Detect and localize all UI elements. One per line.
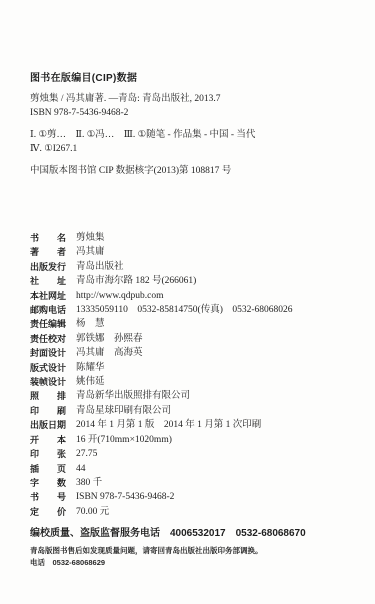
colophon-row: 照排青岛新华出版照排有限公司	[30, 389, 367, 403]
colophon-row-label: 封面设计	[30, 346, 66, 360]
colophon-row-value: 剪烛集	[76, 231, 105, 245]
colophon-row-label: 插页	[30, 462, 66, 476]
copyright-page: 图书在版编目(CIP)数据 剪烛集 / 冯其庸著. —青岛: 青岛出版社, 20…	[0, 0, 375, 604]
colophon-row-value: 陈耀华	[76, 361, 105, 375]
colophon-row-value: 青岛出版社	[76, 260, 124, 274]
colophon-row-label: 出版发行	[30, 260, 66, 274]
colophon-row-value: 姚伟延	[76, 375, 105, 389]
colophon-row: 书名剪烛集	[30, 231, 367, 245]
colophon-row: 装帧设计姚伟延	[30, 375, 367, 389]
cip-classification-line2: Ⅳ. ①I267.1	[30, 143, 355, 157]
colophon-row: 书号ISBN 978-7-5436-9468-2	[30, 490, 367, 504]
colophon-row: 责任校对郭铁娜 孙熙春	[30, 332, 367, 346]
colophon-row-label: 印刷	[30, 404, 66, 418]
colophon-row-label: 著者	[30, 245, 66, 259]
colophon-row-value: 16 开(710mm×1020mm)	[76, 433, 172, 447]
colophon-row: 本社网址http://www.qdpub.com	[30, 289, 367, 303]
colophon-row: 出版发行青岛出版社	[30, 260, 367, 274]
cip-isbn: ISBN 978-7-5436-9468-2	[30, 106, 355, 120]
colophon-row-label: 装帧设计	[30, 375, 66, 389]
colophon-row-value: 青岛星球印刷有限公司	[76, 404, 171, 418]
colophon-row: 版式设计陈耀华	[30, 361, 367, 375]
colophon-row-label: 开本	[30, 433, 66, 447]
return-notice: 青岛版图书售后如发现质量问题，请寄回青岛出版社出版印务部调换。	[30, 545, 367, 557]
colophon-row-value: 380 千	[76, 476, 102, 490]
colophon-row: 著者冯其庸	[30, 245, 367, 259]
cip-heading: 图书在版编目(CIP)数据	[30, 72, 355, 86]
colophon-row-value: 青岛新华出版照排有限公司	[76, 389, 190, 403]
colophon-row-label: 照排	[30, 389, 66, 403]
colophon-row: 字数380 千	[30, 476, 367, 490]
colophon-row: 开本16 开(710mm×1020mm)	[30, 433, 367, 447]
cip-classification-line1: Ⅰ. ①剪… Ⅱ. ①冯… Ⅲ. ①随笔 - 作品集 - 中国 - 当代	[30, 129, 355, 143]
colophon-row-label: 本社网址	[30, 289, 66, 303]
colophon-row: 封面设计冯其庸 高海英	[30, 346, 367, 360]
colophon-row-value: http://www.qdpub.com	[76, 289, 164, 303]
colophon-row-label: 定价	[30, 505, 66, 519]
cip-description: 剪烛集 / 冯其庸著. —青岛: 青岛出版社, 2013.7	[30, 92, 355, 106]
colophon-table: 书名剪烛集 著者冯其庸 出版发行青岛出版社 社址青岛市海尔路 182 号(266…	[30, 231, 367, 519]
colophon-row-label: 社址	[30, 274, 66, 288]
colophon-row-label: 出版日期	[30, 418, 66, 432]
colophon-row-value: 杨 慧	[76, 317, 105, 331]
colophon-row-value: 冯其庸 高海英	[76, 346, 143, 360]
colophon-row: 印刷青岛星球印刷有限公司	[30, 404, 367, 418]
colophon-row-value: 70.00 元	[76, 505, 109, 519]
colophon-row-value: 冯其庸	[76, 245, 105, 259]
colophon-row-value: 44	[76, 462, 86, 476]
colophon-row: 定价70.00 元	[30, 505, 367, 519]
colophon-row: 出版日期2014 年 1 月第 1 版 2014 年 1 月第 1 次印刷	[30, 418, 367, 432]
colophon-row-label: 邮购电话	[30, 303, 66, 317]
colophon-row-label: 版式设计	[30, 361, 66, 375]
cip-record-number: 中国版本图书馆 CIP 数据核字(2013)第 108817 号	[30, 164, 355, 178]
colophon-row-value: 郭铁娜 孙熙春	[76, 332, 143, 346]
cip-classification: Ⅰ. ①剪… Ⅱ. ①冯… Ⅲ. ①随笔 - 作品集 - 中国 - 当代 Ⅳ. …	[30, 129, 355, 156]
colophon-row-label: 书名	[30, 231, 66, 245]
colophon-row-label: 书号	[30, 490, 66, 504]
colophon-row-value: 2014 年 1 月第 1 版 2014 年 1 月第 1 次印刷	[76, 418, 261, 432]
colophon-row-label: 字数	[30, 476, 66, 490]
colophon-row: 插页44	[30, 462, 367, 476]
colophon-row: 社址青岛市海尔路 182 号(266061)	[30, 274, 367, 288]
colophon-row-value: 13335059110 0532-85814750(传真) 0532-68068…	[76, 303, 293, 317]
colophon-row-label: 印张	[30, 447, 66, 461]
colophon-row-label: 责任校对	[30, 332, 66, 346]
colophon-row: 责任编辑杨 慧	[30, 317, 367, 331]
colophon-row-value: 青岛市海尔路 182 号(266061)	[76, 274, 196, 288]
colophon-row-value: ISBN 978-7-5436-9468-2	[76, 490, 174, 504]
colophon-row: 印张27.75	[30, 447, 367, 461]
return-phone: 电话 0532-68068629	[30, 557, 367, 569]
page-footer: 编校质量、盗版监督服务电话 4006532017 0532-68068670 青…	[30, 527, 367, 568]
quality-hotline: 编校质量、盗版监督服务电话 4006532017 0532-68068670	[30, 527, 367, 541]
colophon-row-label: 责任编辑	[30, 317, 66, 331]
cip-block: 图书在版编目(CIP)数据 剪烛集 / 冯其庸著. —青岛: 青岛出版社, 20…	[30, 72, 355, 178]
colophon-row-value: 27.75	[76, 447, 97, 461]
colophon-row: 邮购电话13335059110 0532-85814750(传真) 0532-6…	[30, 303, 367, 317]
